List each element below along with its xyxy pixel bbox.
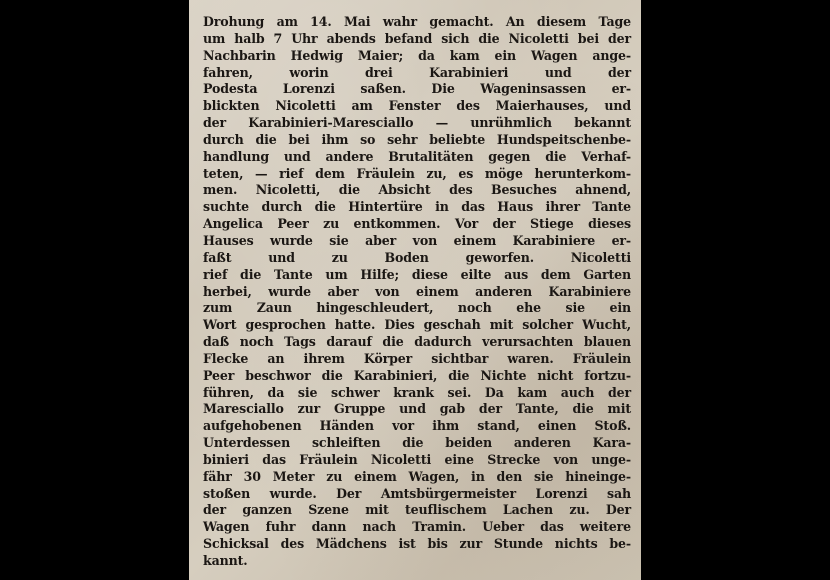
text-line: kannt.: [203, 553, 631, 570]
text-line: Schicksal des Mädchens ist bis zur Stund…: [203, 536, 631, 553]
text-line: suchte durch die Hintertüre in das Haus …: [203, 199, 631, 216]
text-line: blickten Nicoletti am Fenster des Maierh…: [203, 98, 631, 115]
newspaper-clipping: Drohung am 14. Mai wahr gemacht. An dies…: [189, 0, 641, 580]
text-line: Maresciallo zur Gruppe und gab der Tante…: [203, 401, 631, 418]
text-line: binieri das Fräulein Nicoletti eine Stre…: [203, 452, 631, 469]
text-line: Unterdessen schleiften die beiden andere…: [203, 435, 631, 452]
text-line: zum Zaun hingeschleudert, noch ehe sie e…: [203, 300, 631, 317]
text-line: fähr 30 Meter zu einem Wagen, in den sie…: [203, 469, 631, 486]
text-line: Peer beschwor die Karabinieri, die Nicht…: [203, 368, 631, 385]
text-line: stoßen wurde. Der Amtsbürgermeister Lore…: [203, 486, 631, 503]
text-line: führen, da sie schwer krank sei. Da kam …: [203, 385, 631, 402]
text-line: Drohung am 14. Mai wahr gemacht. An dies…: [203, 14, 631, 31]
article-text: Drohung am 14. Mai wahr gemacht. An dies…: [203, 14, 631, 570]
text-line: Flecke an ihrem Körper sichtbar waren. F…: [203, 351, 631, 368]
text-line: aufgehobenen Händen vor ihm stand, einen…: [203, 418, 631, 435]
text-line: teten, — rief dem Fräulein zu, es möge h…: [203, 166, 631, 183]
text-line: Angelica Peer zu entkommen. Vor der Stie…: [203, 216, 631, 233]
text-line: faßt und zu Boden geworfen. Nicoletti: [203, 250, 631, 267]
text-line: daß noch Tags darauf die dadurch verursa…: [203, 334, 631, 351]
text-line: rief die Tante um Hilfe; diese eilte aus…: [203, 267, 631, 284]
text-line: Hauses wurde sie aber von einem Karabini…: [203, 233, 631, 250]
text-line: der ganzen Szene mit teuflischem Lachen …: [203, 502, 631, 519]
text-line: fahren, worin drei Karabinieri und der: [203, 65, 631, 82]
text-line: Nachbarin Hedwig Maier; da kam ein Wagen…: [203, 48, 631, 65]
text-line: Wort gesprochen hatte. Dies geschah mit …: [203, 317, 631, 334]
text-line: der Karabinieri-Maresciallo — unrühmlich…: [203, 115, 631, 132]
text-line: handlung und andere Brutalitäten gegen d…: [203, 149, 631, 166]
text-line: um halb 7 Uhr abends befand sich die Nic…: [203, 31, 631, 48]
text-line: durch die bei ihm so sehr beliebte Hunds…: [203, 132, 631, 149]
text-line: herbei, wurde aber von einem anderen Kar…: [203, 284, 631, 301]
text-line: Wagen fuhr dann nach Tramin. Ueber das w…: [203, 519, 631, 536]
text-line: men. Nicoletti, die Absicht des Besuches…: [203, 182, 631, 199]
text-line: Podesta Lorenzi saßen. Die Wageninsassen…: [203, 81, 631, 98]
